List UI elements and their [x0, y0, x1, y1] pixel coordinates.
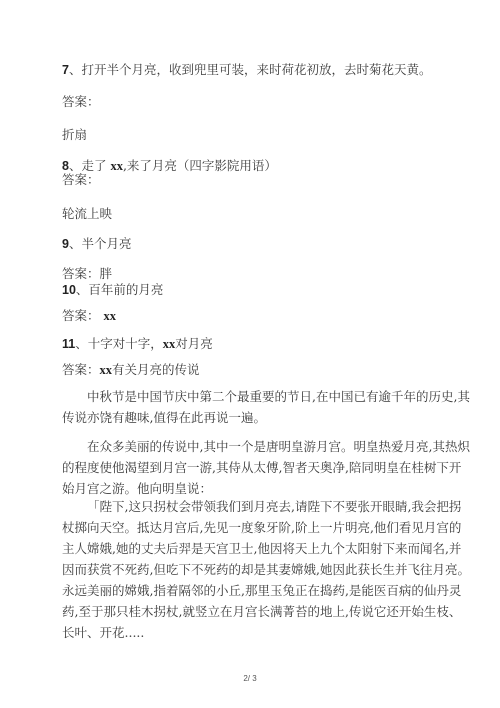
riddle-question-text: 半个月亮 [81, 236, 131, 251]
answer-label-8: 答案： [62, 172, 100, 188]
riddle-number: 7 [62, 63, 69, 77]
answer-label: 答案： [62, 362, 100, 377]
riddle-separator: 、 [69, 236, 82, 251]
document-page: 7、打开半个月亮，收到兜里可装，来时荷花初放，去时菊花天黄。 答案： 折扇 8、… [0, 0, 500, 708]
riddle-number: 10 [62, 283, 76, 297]
paragraph-line: 药,至于那只桂木拐杖,就竖立在月宫长满菁苔的地上,传说它还开始生枝、 [62, 601, 448, 622]
riddle-number: 11 [62, 337, 75, 351]
answer-text: 胖 [100, 266, 113, 281]
paragraph-line: 因而获赏不死药,但吃下不死药的却是其妻嫦娥,她因此获长生并飞往月亮。 [62, 559, 448, 580]
answer-text: xx [104, 309, 117, 323]
riddle-separator: 、 [69, 158, 82, 173]
answer-11: 答案：xx有关月亮的传说 [62, 362, 200, 378]
paragraph-intro: 中秋节是中国节庆中第二个最重要的节日,在中国已有逾千年的历史,其 传说亦饶有趣味… [62, 386, 448, 428]
answer-label: 答案： [62, 308, 100, 323]
paragraph-line: 主人嫦娥,她的丈夫后羿是天宫卫士,他因将天上九个太阳射下来而闻名,并 [62, 538, 448, 559]
paragraph-line: 杖掷向天空。抵达月宫后,先见一度象牙阶,阶上一片明亮,他们看见月宫的 [62, 517, 448, 538]
paragraph-quote: 「陛下,这只拐杖会带领我们到月亮去,请陛下不要张开眼睛,我会把拐 杖掷向天空。抵… [62, 496, 448, 643]
riddle-question-text: 走了 [81, 158, 110, 173]
paragraph-legend: 在众多美丽的传说中,其中一个是唐明皇游月宫。明皇热爱月亮,其热炽 的程度使他渴望… [62, 436, 448, 499]
answer-9: 答案：胖 [62, 266, 112, 282]
riddle-question-text: 打开半个月亮，收到兜里可装，来时荷花初放，去时菊花天黄。 [81, 62, 431, 77]
riddle-number: 9 [62, 237, 69, 251]
riddle-question-text: ,来了月亮（四字影院用语） [123, 158, 277, 173]
paragraph-line: 中秋节是中国节庆中第二个最重要的节日,在中国已有逾千年的历史,其 [62, 386, 448, 407]
riddle-separator: 、 [69, 62, 82, 77]
answer-text: 有关月亮的传说 [112, 362, 200, 377]
answer-label-7: 答案： [62, 94, 100, 110]
paragraph-line: 永远美丽的嫦娥,指着隔邻的小丘,那里玉兔正在捣药,是能医百病的仙丹灵 [62, 580, 448, 601]
riddle-question-9: 9、半个月亮 [62, 236, 131, 252]
placeholder-xx: xx [110, 159, 123, 173]
paragraph-line: 长叶、开花..... [62, 622, 448, 643]
paragraph-line: 「陛下,这只拐杖会带领我们到月亮去,请陛下不要张开眼睛,我会把拐 [62, 496, 448, 517]
answer-label: 答案： [62, 266, 100, 281]
paragraph-line: 的程度使他渴望到月宫一游,其侍从太傅,智者天奥净,陪同明皇在桂树下开 [62, 457, 448, 478]
answer-text-7: 折扇 [62, 127, 87, 143]
paragraph-line: 在众多美丽的传说中,其中一个是唐明皇游月宫。明皇热爱月亮,其热炽 [62, 436, 448, 457]
page-number: 2/ 3 [0, 674, 500, 683]
riddle-separator: 、 [75, 336, 88, 351]
riddle-separator: 、 [76, 282, 89, 297]
riddle-question-11: 11、十字对十字，xx对月亮 [62, 336, 213, 352]
placeholder-xx: xx [100, 363, 113, 377]
placeholder-xx: xx [163, 337, 176, 351]
riddle-question-7: 7、打开半个月亮，收到兜里可装，来时荷花初放，去时菊花天黄。 [62, 62, 431, 78]
riddle-question-text: 十字对十字， [88, 336, 163, 351]
paragraph-line: 传说亦饶有趣味,值得在此再说一遍。 [62, 407, 448, 428]
riddle-question-text: 对月亮 [175, 336, 213, 351]
riddle-number: 8 [62, 159, 69, 173]
answer-10: 答案： xx [62, 308, 116, 324]
answer-text-8: 轮流上映 [62, 206, 112, 222]
riddle-question-10: 10、百年前的月亮 [62, 282, 163, 298]
riddle-question-text: 百年前的月亮 [88, 282, 163, 297]
